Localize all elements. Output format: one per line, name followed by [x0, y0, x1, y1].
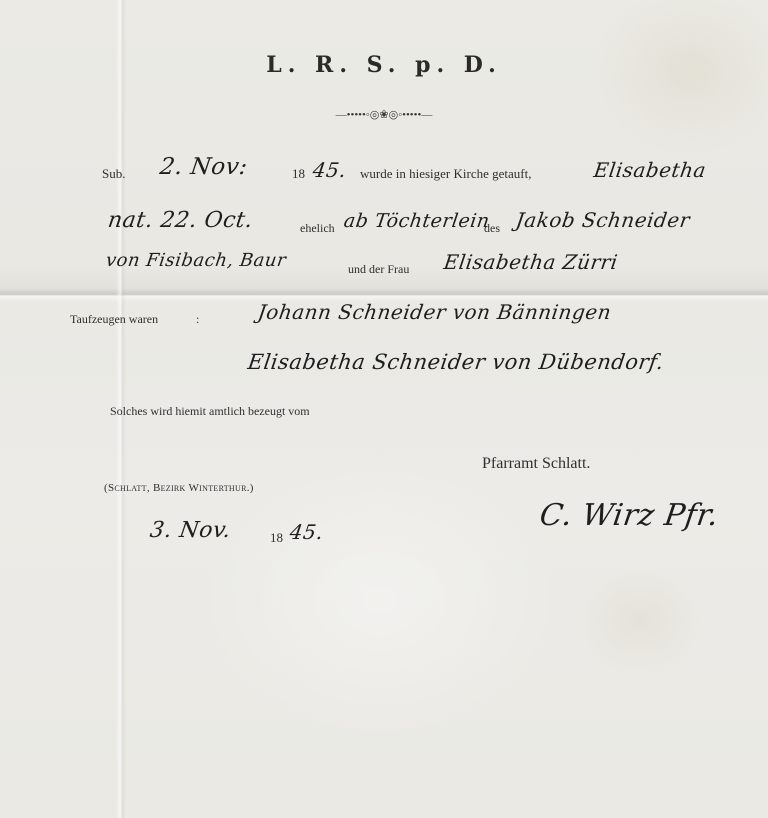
- mother-name: Elisabetha Zürri: [442, 250, 619, 274]
- legitimate-text: ehelich: [300, 221, 335, 236]
- and-wife-text: und der Frau: [348, 262, 409, 277]
- year-prefix: 18: [292, 166, 305, 182]
- issue-year-prefix: 18: [270, 530, 283, 546]
- baptized-text: wurde in hiesiger Kirche getauft,: [360, 166, 531, 182]
- document-title: L. R. S. p. D.: [0, 52, 768, 78]
- document-page: L. R. S. p. D. —•••••◦◎❀◎◦•••••— Sub. 2.…: [0, 0, 768, 818]
- birth-date: nat. 22. Oct.: [106, 208, 254, 233]
- issue-year-suffix: 45.: [288, 520, 325, 544]
- father-origin: von Fisibach, Baur: [105, 250, 288, 271]
- year-suffix: 45.: [311, 158, 348, 182]
- parish-office: Pfarramt Schlatt.: [482, 455, 590, 473]
- witness-1: Johann Schneider von Bänningen: [256, 300, 613, 324]
- witness-2: Elisabetha Schneider von Dübendorf.: [246, 350, 665, 374]
- pastor-signature: C. Wirz Pfr.: [538, 498, 721, 533]
- child-name: Elisabetha: [592, 158, 707, 182]
- location-label: (Schlatt, Bezirk Winterthur.): [104, 482, 254, 494]
- sub-label: Sub.: [102, 166, 125, 182]
- witnesses-label: Taufzeugen waren: [70, 312, 158, 327]
- attestation-text: Solches wird hiemit amtlich bezeugt vom: [110, 404, 310, 419]
- child-relation: ab Töchterlein: [342, 210, 491, 232]
- des-label: des: [484, 221, 500, 236]
- ornament-divider-icon: —•••••◦◎❀◎◦•••••—: [0, 108, 768, 121]
- issue-date: 3. Nov.: [148, 518, 232, 543]
- witnesses-colon: :: [196, 312, 199, 327]
- father-name: Jakob Schneider: [514, 208, 691, 232]
- baptism-date: 2. Nov:: [158, 154, 249, 180]
